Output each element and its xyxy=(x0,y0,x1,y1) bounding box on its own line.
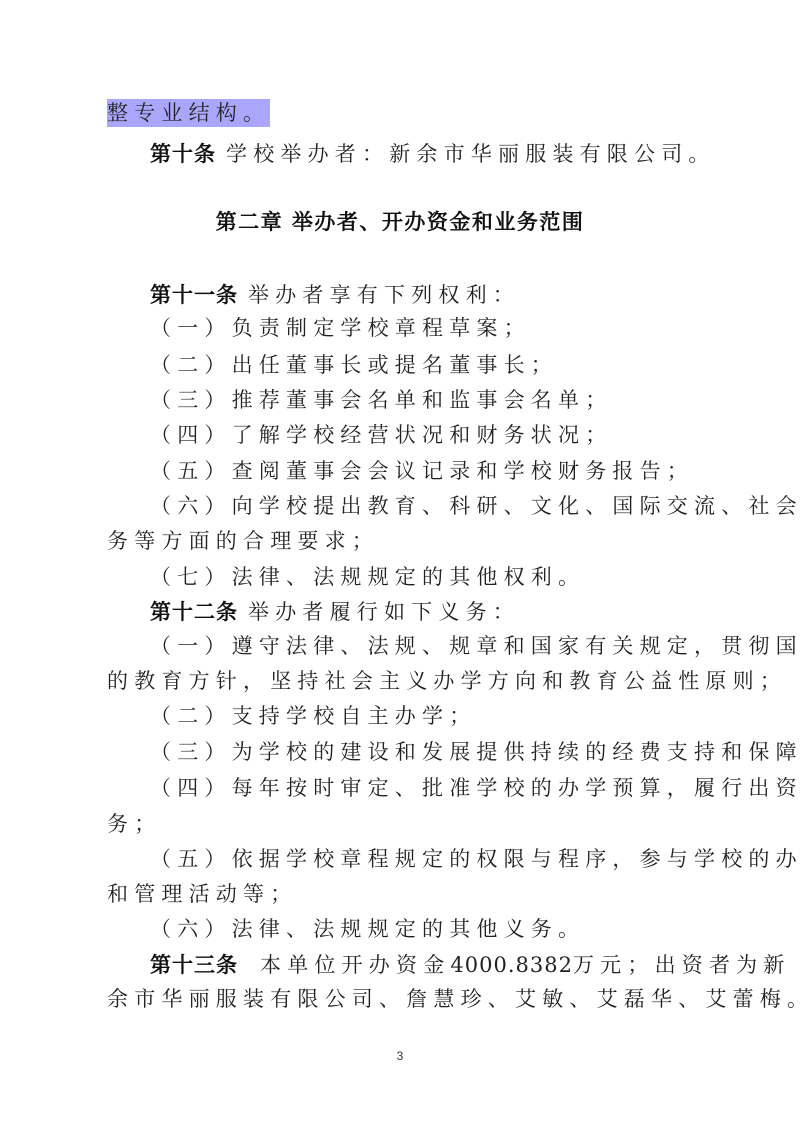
article-12-item: （一）遵守法律、法规、规章和国家有关规定，贯彻国家 xyxy=(150,631,800,661)
document-page: 整专业结构。 第十条学校举办者：新余市华丽服装有限公司。 第二章 举办者、开办资… xyxy=(0,0,800,1131)
article-13-text-after: 万元；出资者为新 xyxy=(573,953,791,977)
article-11-item-continuation: 务等方面的合理要求； xyxy=(107,526,379,556)
article-12-item: （四）每年按时审定、批准学校的办学预算，履行出资义 xyxy=(150,773,800,803)
article-11-label: 第十一条 xyxy=(150,283,238,307)
article-10: 第十条学校举办者：新余市华丽服装有限公司。 xyxy=(150,139,716,169)
article-13: 第十三条本单位开办资金4000.8382万元；出资者为新 xyxy=(150,950,791,980)
article-11-item: （三）推荐董事会名单和监事会名单； xyxy=(150,385,612,415)
selected-text-highlight[interactable]: 整专业结构。 xyxy=(107,99,270,127)
article-10-label: 第十条 xyxy=(150,142,216,166)
article-11-item: （五）查阅董事会会议记录和学校财务报告； xyxy=(150,456,694,486)
article-13-text: 本单位开办资金 xyxy=(260,953,450,977)
article-11-item: （二）出任董事长或提名董事长； xyxy=(150,350,558,380)
article-13-label: 第十三条 xyxy=(150,953,238,977)
article-11-text: 举办者享有下列权利： xyxy=(248,283,520,307)
continued-paragraph-line: 整专业结构。 xyxy=(107,98,270,128)
article-12-item: （三）为学校的建设和发展提供持续的经费支持和保障； xyxy=(150,737,800,767)
article-12-text: 举办者履行如下义务： xyxy=(248,600,520,624)
capital-amount: 4000.8382 xyxy=(450,953,573,977)
article-11: 第十一条举办者享有下列权利： xyxy=(150,280,520,310)
page-number: 3 xyxy=(0,1049,800,1063)
article-12-item: （六）法律、法规规定的其他义务。 xyxy=(150,914,585,944)
article-12-item-continuation: 务； xyxy=(107,809,161,839)
article-12-item-continuation: 的教育方针，坚持社会主义办学方向和教育公益性原则； xyxy=(107,666,787,696)
article-12-item: （五）依据学校章程规定的权限与程序，参与学校的办学 xyxy=(150,844,800,874)
chapter-title: 第二章 举办者、开办资金和业务范围 xyxy=(0,206,800,236)
article-11-item: （四）了解学校经营状况和财务状况； xyxy=(150,420,612,450)
article-12: 第十二条举办者履行如下义务： xyxy=(150,597,520,627)
article-11-item: （六）向学校提出教育、科研、文化、国际交流、社会服 xyxy=(150,491,800,521)
article-11-item: （一）负责制定学校章程草案； xyxy=(150,313,531,343)
article-10-text: 学校举办者：新余市华丽服装有限公司。 xyxy=(226,142,716,166)
article-13-continuation: 余市华丽服装有限公司、詹慧珍、艾敏、艾磊华、艾蕾梅。 xyxy=(107,984,800,1014)
article-12-label: 第十二条 xyxy=(150,600,238,624)
article-12-item-continuation: 和管理活动等； xyxy=(107,879,297,909)
article-11-item: （七）法律、法规规定的其他权利。 xyxy=(150,562,585,592)
article-12-item: （二）支持学校自主办学； xyxy=(150,701,476,731)
